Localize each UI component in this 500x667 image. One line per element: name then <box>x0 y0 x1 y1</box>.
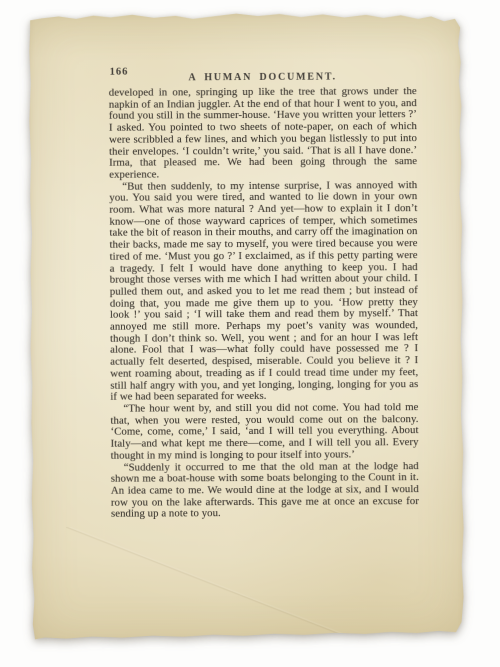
book-page: 166 A HUMAN DOCUMENT. developed in one, … <box>28 12 464 643</box>
body-paragraph: “Suddenly it occurred to me that the old… <box>111 461 419 521</box>
scan-background: 166 A HUMAN DOCUMENT. developed in one, … <box>0 0 500 667</box>
book-page-wrapper: 166 A HUMAN DOCUMENT. developed in one, … <box>28 12 464 643</box>
body-paragraph: “But then suddenly, to my intense surpri… <box>109 180 418 404</box>
page-header: 166 A HUMAN DOCUMENT. <box>109 66 417 86</box>
body-paragraph-continuation: developed in one, springing up like the … <box>109 86 417 181</box>
body-paragraph: “The hour went by, and still you did not… <box>110 402 418 462</box>
page-body: developed in one, springing up like the … <box>109 86 419 521</box>
page-number: 166 <box>110 67 129 78</box>
running-title: A HUMAN DOCUMENT. <box>188 72 336 84</box>
